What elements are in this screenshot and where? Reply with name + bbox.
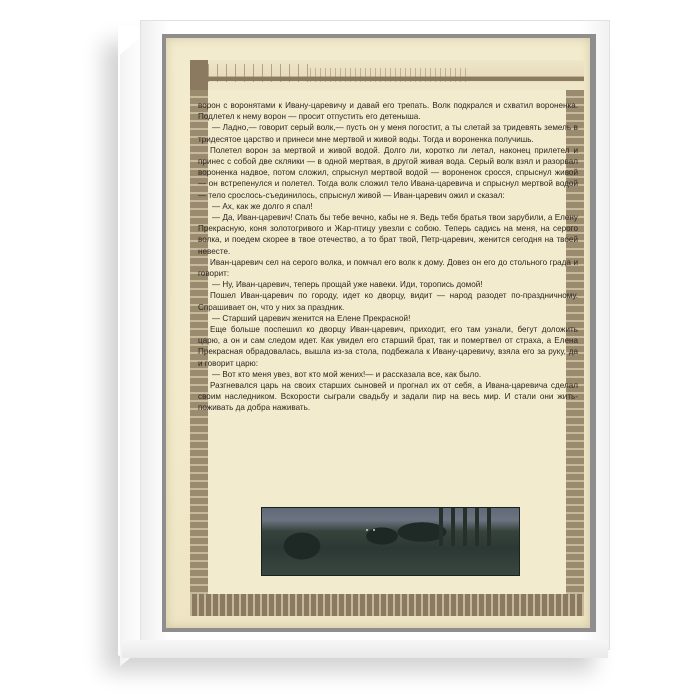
paragraph: Иван-царевич сел на серого волка, и помч…	[198, 257, 578, 279]
wolf-eye-icon	[373, 529, 375, 531]
story-text: ворон с воронятами к Ивану-царевичу и да…	[198, 100, 578, 414]
frame-side	[120, 36, 142, 666]
wolf-illustration	[261, 507, 520, 576]
dialogue-line: — Старший царевич женится на Елене Прекр…	[198, 313, 578, 324]
paragraph: Разгневался царь на своих старших сынове…	[198, 380, 578, 414]
dialogue-line: — Ну, Иван-царевич, теперь прощай уже на…	[198, 279, 578, 290]
paragraph: ворон с воронятами к Ивану-царевичу и да…	[198, 100, 578, 122]
ornament-top-cityscape	[190, 60, 584, 90]
fortress-wall-icon	[190, 64, 310, 82]
frame-bottom-edge	[122, 640, 608, 658]
forest-trees-icon	[439, 508, 499, 546]
dialogue-line: — Вот кто меня увез, вот кто мой жених!—…	[198, 369, 578, 380]
paragraph: Полетел ворон за мертвой и живой водой. …	[198, 145, 578, 201]
wolf-eye-icon	[366, 529, 368, 531]
paragraph: Пошел Иван-царевич по городу, идет ко дв…	[198, 290, 578, 312]
city-skyline-icon	[310, 68, 470, 82]
paragraph: Еще больше поспешил ко дворцу Иван-царев…	[198, 324, 578, 369]
dialogue-line: — Ладно,— говорит серый волк,— пусть он …	[198, 122, 578, 144]
dialogue-line: — Да, Иван-царевич! Спать бы тебе вечно,…	[198, 212, 578, 257]
dialogue-line: — Ах, как же долго я спал!	[198, 201, 578, 212]
ornament-bottom-forest	[190, 594, 584, 616]
